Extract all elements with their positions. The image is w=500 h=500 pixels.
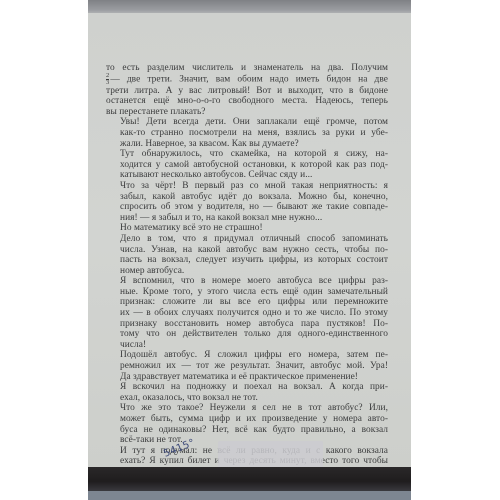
page-top-shadow: [88, 0, 411, 14]
book-page: то есть разделим числитель и знаменатель…: [88, 13, 411, 468]
text-line: ремножил их — тот же результат. Значит, …: [106, 361, 388, 372]
fraction: 23: [106, 73, 109, 86]
paragraph: Увы! Дети всегда дети. Они заплакали ещё…: [106, 117, 388, 149]
paragraph: Дело в том, что я придумал отличный спос…: [106, 234, 388, 276]
text-line: Я вспомнил, что в номере моего автобуса …: [106, 276, 388, 287]
text-line: числа!: [106, 340, 388, 351]
text-line: может быть, сумма цифр и их произведение…: [106, 414, 388, 425]
text-line: Да здравствует математика и её практичес…: [106, 372, 388, 383]
text-line: Подошёл автобус. Я сложил цифры его номе…: [106, 350, 388, 361]
text-line: признаку восстановить номер автобуса пар…: [106, 319, 388, 330]
paragraph: Но математику всё это не страшно!: [106, 223, 388, 234]
text-line: ехал, оказалось, что вокзал не тот.: [106, 393, 388, 404]
text-line: Но математику всё это не страшно!: [106, 223, 388, 234]
paragraph: Подошёл автобус. Я сложил цифры его номе…: [106, 350, 388, 382]
text-line: катывают несколько автобусов. Сейчас сяд…: [106, 170, 388, 181]
surface-below: [88, 491, 411, 500]
text-line: Увы! Дети всегда дети. Они заплакали ещё…: [106, 117, 388, 128]
text-line: Я вскочил на подножку и поехал на вокзал…: [106, 382, 388, 393]
text-line: признак: сложите ли вы все его цифры или…: [106, 297, 388, 308]
paragraph: Тут обнаружилось, что скамейка, на котор…: [106, 149, 388, 181]
paragraph: Что за чёрт! В первый раз со мной такая …: [106, 181, 388, 223]
paragraph: то есть разделим числитель и знаменатель…: [106, 63, 388, 117]
text-line: Что за чёрт! В первый раз со мной такая …: [106, 181, 388, 192]
paragraph: Что же это такое? Неужели я сел не в тот…: [106, 403, 388, 445]
text-line: тому что он действителен только для одно…: [106, 329, 388, 340]
text-line: их — в обоих случаях получится одно и то…: [106, 308, 388, 319]
text-line: как-то странно посмотрели на меня, взяли…: [106, 128, 388, 139]
text-line: ходится у самой автобусной остановки, к …: [106, 160, 388, 171]
text-line: буса не одинаковы? Нет, всё как будто пр…: [106, 425, 388, 436]
text-line: 23— две трети. Значит, вам обоим надо им…: [106, 73, 388, 86]
text-line: Тут обнаружилось, что скамейка, на котор…: [106, 149, 388, 160]
text-line: останется ещё мно-о-о-го свободного мест…: [106, 96, 388, 107]
paragraph: Я вскочил на подножку и поехал на вокзал…: [106, 382, 388, 403]
text-line: спросить об этом у водителя, но — бывают…: [106, 202, 388, 213]
book-page-photo: то есть разделим числитель и знаменатель…: [88, 0, 411, 500]
book-cover-edge: [88, 467, 411, 491]
text-line: жали. Наверное, за квасом. Как вы думает…: [106, 139, 388, 150]
text-line: Дело в том, что я придумал отличный спос…: [106, 234, 388, 245]
text-line: пасть на вокзал, следует изучить цифры, …: [106, 255, 388, 266]
library-label-sticker: [218, 441, 323, 469]
text-line: трети литра. А у вас литровый! Вот и вых…: [106, 86, 388, 97]
paragraph: Я вспомнил, что в номере моего автобуса …: [106, 276, 388, 350]
text-line: номер автобуса.: [106, 266, 388, 277]
text-line: вы перестанете плакать?: [106, 107, 388, 118]
text-line: числа. Узнав, на какой автобус вам нужно…: [106, 245, 388, 256]
text-line: ния! — я забыл и то, на какой вокзал мне…: [106, 213, 388, 224]
text-line: Что же это такое? Неужели я сел не в тот…: [106, 403, 388, 414]
text-line: ные. Кроме того, у этого числа есть ещё …: [106, 287, 388, 298]
page-body-text: то есть разделим числитель и знаменатель…: [106, 63, 388, 467]
text-line: забыл, какой автобус идёт до вокзала. Мо…: [106, 192, 388, 203]
